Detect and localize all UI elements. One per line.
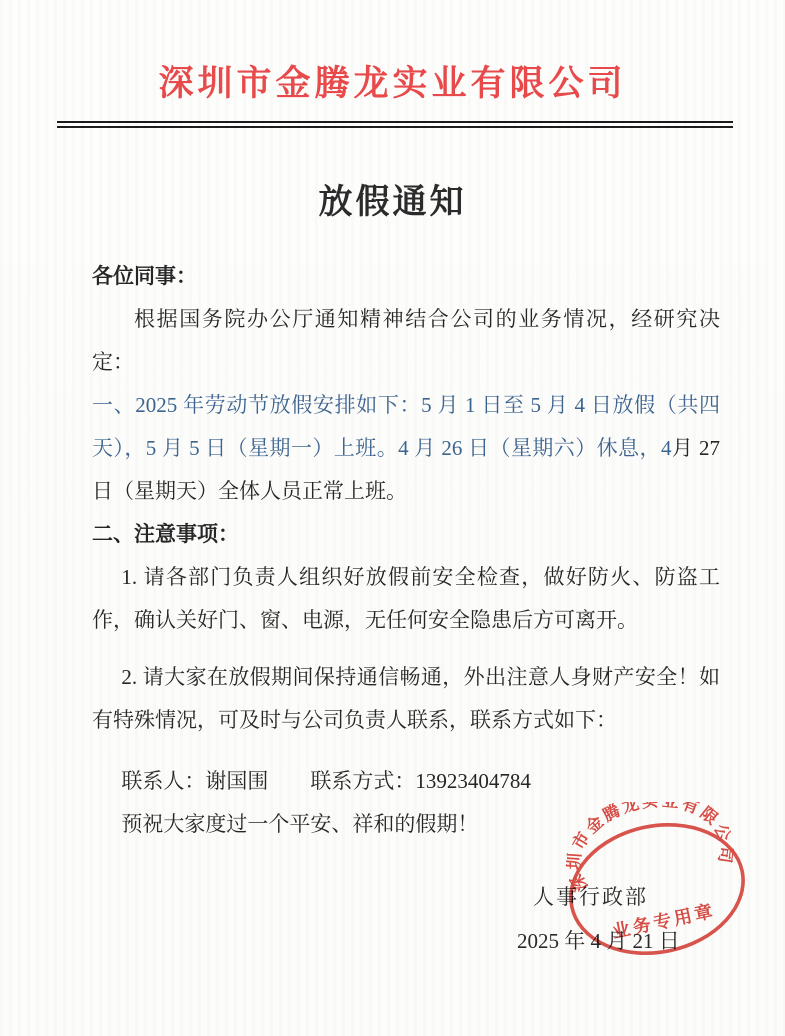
holiday-arrangement-blue-text: 一、2025 年劳动节放假安排如下：5 月 1 日至 5 月 4 日放假（共四天… (92, 393, 720, 460)
document-title: 放假通知 (0, 174, 785, 223)
note-item-2: 2. 请大家在放假期间保持通信畅通，外出注意人身财产安全！如有特殊情况，可及时与… (92, 656, 720, 742)
company-title: 深圳市金腾龙实业有限公司 (0, 56, 785, 106)
holiday-arrangement-paragraph: 一、2025 年劳动节放假安排如下：5 月 1 日至 5 月 4 日放假（共四天… (92, 384, 720, 513)
header-double-rule (57, 121, 733, 128)
notice-body: 各位同事： 根据国务院办公厅通知精神结合公司的业务情况，经研究决定： 一、202… (92, 255, 720, 846)
salutation: 各位同事： (92, 255, 720, 298)
signature-department: 人事行政部 (533, 881, 648, 911)
signature-date: 2025 年 4 月 21 日 (517, 925, 680, 955)
contact-line: 联系人：谢国围 联系方式：13923404784 (92, 760, 720, 803)
intro-paragraph: 根据国务院办公厅通知精神结合公司的业务情况，经研究决定： (92, 298, 720, 384)
notice-document-page: 深圳市金腾龙实业有限公司 放假通知 各位同事： 根据国务院办公厅通知精神结合公司… (0, 0, 785, 1036)
wish-line: 预祝大家度过一个平安、祥和的假期！ (92, 803, 720, 846)
note-item-1: 1. 请各部门负责人组织好放假前安全检查，做好防火、防盗工作，确认关好门、窗、电… (92, 556, 720, 642)
notes-heading: 二、注意事项： (92, 513, 720, 556)
